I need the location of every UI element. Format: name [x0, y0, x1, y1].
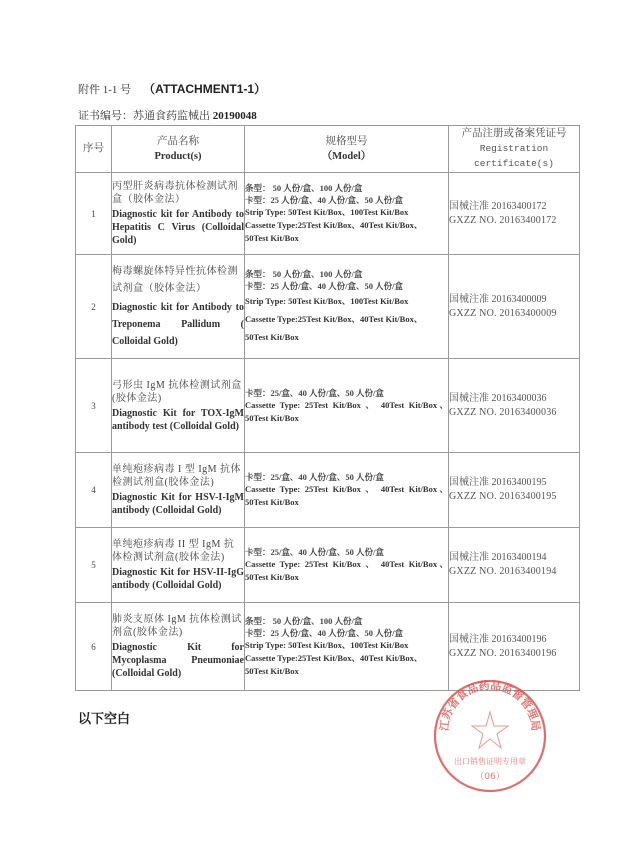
product-cell: 丙型肝炎病毒抗体检测试剂盒（胶体金法）Diagnostic kit for An… — [112, 173, 245, 255]
stamp-inner-text: 出口销售证明专用章 — [454, 756, 526, 766]
registration-zh: 国械注准 20163400194 — [449, 551, 579, 565]
model-cell: 卡型：25/盒、40 人份/盒、50 人份/盒Cassette Type: 25… — [245, 359, 449, 453]
serial-number: 6 — [76, 603, 112, 691]
attachment-en: （ATTACHMENT1-1） — [143, 82, 266, 96]
model-cell: 卡型：25/盒、40 人份/盒、50 人份/盒Cassette Type: 25… — [245, 528, 449, 603]
attachment-zh: 附件 1-1 号 — [78, 84, 131, 96]
registration-en: GXZZ NO. 20163400172 — [449, 214, 579, 228]
table-row: 5单纯疱疹病毒 II 型 IgM 抗体检测试剂盒(胶体金法)Diagnostic… — [76, 528, 580, 603]
header-model: 规格型号 （Model） — [245, 126, 449, 173]
model-line: 50Test Kit/Box — [245, 328, 448, 346]
product-name-en: Diagnostic Kit for Mycoplasma Pneumoniae… — [112, 641, 244, 680]
registration-zh: 国械注准 20163400196 — [449, 633, 579, 647]
table-row: 3弓形虫 IgM 抗体检测试剂盒(胶体金法)Diagnostic Kit for… — [76, 359, 580, 453]
model-line: Cassette Type: 25Test Kit/Box 、 40Test K… — [245, 399, 448, 425]
registration-zh: 国械注准 20163400172 — [449, 200, 579, 214]
model-line: Cassette Type: 25Test Kit/Box 、 40Test K… — [245, 483, 448, 509]
product-name-en: Diagnostic Kit for HSV-I-IgM antibody (C… — [112, 491, 244, 517]
header-serial-no: 序号 — [76, 126, 112, 173]
registration-cell: 国械注准 20163400036GXZZ NO. 20163400036 — [449, 359, 580, 453]
stamp-outer-text: 江苏省食品药品监督管理局 — [437, 678, 543, 733]
attachment-heading: 附件 1-1 号（ATTACHMENT1-1） — [78, 80, 266, 97]
star-icon — [472, 712, 508, 748]
stamp-code: （06） — [475, 771, 504, 782]
registration-cell: 国械注准 20163400195GXZZ NO. 20163400195 — [449, 453, 580, 528]
product-name-en: Diagnostic Kit for HSV-II-IgG antibody (… — [112, 566, 244, 592]
product-name-zh: 丙型肝炎病毒抗体检测试剂盒（胶体金法） — [112, 180, 244, 206]
registration-en: GXZZ NO. 20163400195 — [449, 490, 579, 504]
product-name-zh: 肺炎支原体 IgM 抗体检测试剂盒(胶体金法) — [112, 613, 244, 639]
registration-cell: 国械注准 20163400194GXZZ NO. 20163400194 — [449, 528, 580, 603]
registration-en: GXZZ NO. 20163400196 — [449, 647, 579, 661]
model-line: Strip Type: 50Test Kit/Box、100Test Kit/B… — [245, 639, 448, 652]
table-row: 4单纯疱疹病毒 I 型 IgM 抗体检测试剂盒(胶体金法)Diagnostic … — [76, 453, 580, 528]
product-name-zh: 单纯疱疹病毒 I 型 IgM 抗体检测试剂盒(胶体金法) — [112, 463, 244, 489]
certificate-number: 证书编号：苏通食药监械出 20190048 — [78, 107, 257, 123]
serial-number: 2 — [76, 255, 112, 359]
serial-number: 3 — [76, 359, 112, 453]
model-cell: 卡型：25/盒、40 人份/盒、50 人份/盒Cassette Type: 25… — [245, 453, 449, 528]
official-seal-stamp: 江苏省食品药品监督管理局 出口销售证明专用章 （06） — [432, 678, 548, 794]
model-cell: 条型： 50 人份/盒、100 人份/盒卡型：25 人份/盒、40 人份/盒、5… — [245, 603, 449, 691]
svg-text:江苏省食品药品监督管理局: 江苏省食品药品监督管理局 — [437, 678, 543, 733]
registration-cell: 国械注准 20163400009GXZZ NO. 20163400009 — [449, 255, 580, 359]
model-line: 卡型：25/盒、40 人份/盒、50 人份/盒 — [245, 546, 448, 558]
product-name-en: Diagnostic kit for Antibody to Hepatitis… — [112, 208, 244, 247]
model-line: Cassette Type:25Test Kit/Box、40Test Kit/… — [245, 310, 448, 328]
registration-zh: 国械注准 20163400009 — [449, 293, 579, 307]
blank-below-note: 以下空白 — [78, 708, 130, 727]
registration-en: GXZZ NO. 20163400036 — [449, 406, 579, 420]
table-header-row: 序号 产品名称 Product(s) 规格型号 （Model） 产品注册或备案凭… — [76, 126, 580, 173]
cert-number-value: 20190048 — [213, 110, 257, 122]
registration-en: GXZZ NO. 20163400194 — [449, 565, 579, 579]
product-cell: 梅毒螺旋体特异性抗体检测试剂盒（胶体金法）Diagnostic kit for … — [112, 255, 245, 359]
header-registration: 产品注册或备案凭证号 Registration certificate(s) — [449, 126, 580, 173]
registration-zh: 国械注准 20163400195 — [449, 476, 579, 490]
model-line: 50Test Kit/Box — [245, 232, 448, 245]
model-line: 卡型：25/盒、40 人份/盒、50 人份/盒 — [245, 387, 448, 399]
model-line: Strip Type: 50Test Kit/Box、100Test Kit/B… — [245, 292, 448, 310]
product-table: 序号 产品名称 Product(s) 规格型号 （Model） 产品注册或备案凭… — [75, 125, 580, 691]
serial-number: 4 — [76, 453, 112, 528]
product-name-en: Diagnostic Kit for TOX-IgM antibody test… — [112, 407, 244, 433]
model-line: 卡型：25 人份/盒、40 人份/盒、50 人份/盒 — [245, 627, 448, 639]
product-cell: 弓形虫 IgM 抗体检测试剂盒(胶体金法)Diagnostic Kit for … — [112, 359, 245, 453]
cert-label: 证书编号：苏通食药监械出 — [78, 110, 210, 122]
product-name-zh: 梅毒螺旋体特异性抗体检测试剂盒（胶体金法） — [112, 263, 244, 297]
document-page: 附件 1-1 号（ATTACHMENT1-1） 证书编号：苏通食药监械出 201… — [0, 0, 640, 863]
product-cell: 单纯疱疹病毒 I 型 IgM 抗体检测试剂盒(胶体金法)Diagnostic K… — [112, 453, 245, 528]
header-product: 产品名称 Product(s) — [112, 126, 245, 173]
product-cell: 肺炎支原体 IgM 抗体检测试剂盒(胶体金法)Diagnostic Kit fo… — [112, 603, 245, 691]
product-cell: 单纯疱疹病毒 II 型 IgM 抗体检测试剂盒(胶体金法)Diagnostic … — [112, 528, 245, 603]
model-cell: 条型： 50 人份/盒、100 人份/盒卡型：25 人份/盒、40 人份/盒、5… — [245, 255, 449, 359]
model-line: 条型： 50 人份/盒、100 人份/盒 — [245, 615, 448, 627]
product-name-en: Diagnostic kit for Antibody to Treponema… — [112, 299, 244, 350]
model-line: Cassette Type: 25Test Kit/Box 、 40Test K… — [245, 558, 448, 584]
model-line: Strip Type: 50Test Kit/Box、100Test Kit/B… — [245, 206, 448, 219]
table-row: 1丙型肝炎病毒抗体检测试剂盒（胶体金法）Diagnostic kit for A… — [76, 173, 580, 255]
registration-zh: 国械注准 20163400036 — [449, 392, 579, 406]
model-line: Cassette Type:25Test Kit/Box、40Test Kit/… — [245, 219, 448, 232]
registration-en: GXZZ NO. 20163400009 — [449, 307, 579, 321]
model-line: 条型： 50 人份/盒、100 人份/盒 — [245, 182, 448, 194]
model-line: 卡型：25/盒、40 人份/盒、50 人份/盒 — [245, 471, 448, 483]
model-line: Cassette Type:25Test Kit/Box、40Test Kit/… — [245, 652, 448, 665]
model-line: 卡型：25 人份/盒、40 人份/盒、50 人份/盒 — [245, 194, 448, 206]
serial-number: 5 — [76, 528, 112, 603]
table-row: 2梅毒螺旋体特异性抗体检测试剂盒（胶体金法）Diagnostic kit for… — [76, 255, 580, 359]
registration-cell: 国械注准 20163400172GXZZ NO. 20163400172 — [449, 173, 580, 255]
model-line: 条型： 50 人份/盒、100 人份/盒 — [245, 268, 448, 280]
product-name-zh: 单纯疱疹病毒 II 型 IgM 抗体检测试剂盒(胶体金法) — [112, 538, 244, 564]
model-line: 50Test Kit/Box — [245, 665, 448, 678]
model-line: 卡型：25 人份/盒、40 人份/盒、50 人份/盒 — [245, 280, 448, 292]
model-cell: 条型： 50 人份/盒、100 人份/盒卡型：25 人份/盒、40 人份/盒、5… — [245, 173, 449, 255]
serial-number: 1 — [76, 173, 112, 255]
product-name-zh: 弓形虫 IgM 抗体检测试剂盒(胶体金法) — [112, 379, 244, 405]
